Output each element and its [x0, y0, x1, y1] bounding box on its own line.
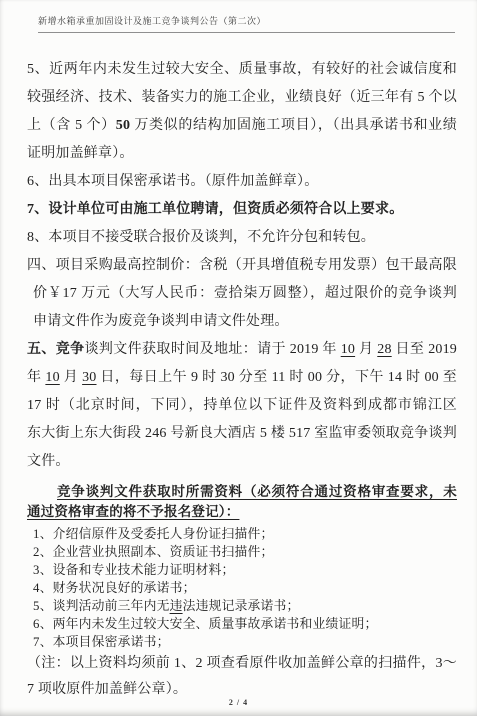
text-segment: 月: [60, 370, 82, 385]
doc-item-1: 1、介绍信原件及受委托人身份证扫描件；: [27, 525, 457, 543]
text-segment: 法违规记录承诺书；: [183, 599, 300, 613]
text-segment: 申请文件作为废竞争谈判申请文件处理。: [33, 314, 289, 329]
doc-item-2: 2、企业营业执照副本、资质证书扫描件；: [27, 543, 457, 561]
text-segment: 7 项收原件加盖鲜公章）。: [27, 682, 187, 697]
doc-item-4: 4、财务状况良好的承诺书；: [27, 579, 457, 597]
text-segment: 6、两年内未发生过较大安全、质量事故承诺书和业绩证明；: [33, 617, 378, 631]
text-segment: 上（含 5 个）: [27, 118, 116, 133]
section-5-line-4: 东大街上东大街段 246 号新良大酒店 5 楼 517 室监审委领取竞争谈判: [27, 420, 457, 448]
req-item-5-line-3: 上（含 5 个）50 万类似的结构加固施工项目），（出具承诺书和业绩: [27, 112, 457, 140]
text-segment: 价￥17 万元（大写人民币：壹拾柒万圆整），超过限价的竞争谈判: [33, 286, 457, 301]
text-segment: 四、项目采购最高控制价：含税（开具增值税专用发票）包干最高限: [27, 258, 457, 273]
req-item-5-line-4: 证明加盖鲜章）。: [27, 140, 457, 168]
text-segment: 2、企业营业执照副本、资质证书扫描件；: [33, 545, 274, 559]
document-body: 5、近两年内未发生过较大安全、质量事故，有较好的社会诚信度和较强经济、技术、装备…: [27, 56, 457, 703]
req-item-8: 8、本项目不接受联合报价及谈判，不允许分包和转包。: [27, 224, 457, 252]
section-5-line-1: 五、竞争谈判文件获取时间及地址：请于 2019 年 10 月 28 日至 201…: [27, 336, 457, 364]
text-segment: 7、设计单位可由施工单位聘请，但资质必须符合以上要求。: [27, 202, 403, 217]
text-segment: 万类似的结构加固施工项目），（出具承诺书和业绩: [130, 118, 457, 133]
text-segment: 竞争谈判文件获取时所需资料（必须符合通过资格审查要求，未: [57, 484, 457, 499]
text-segment: 4、财务状况良好的承诺书；: [33, 581, 196, 595]
text-segment: 50: [116, 118, 130, 133]
text-segment: 违: [170, 599, 183, 613]
text-segment: 28: [377, 342, 391, 357]
section-5-line-5: 文件。: [27, 448, 457, 476]
section-4-line-3: 申请文件作为废竞争谈判申请文件处理。: [27, 308, 457, 336]
text-segment: 8、本项目不接受联合报价及谈判，不允许分包和转包。: [27, 230, 375, 245]
section-5-line-2: 年 10 月 30 日，每日上午 9 时 30 分至 11 时 00 分，下午 …: [27, 364, 457, 392]
req-item-5-line-1: 5、近两年内未发生过较大安全、质量事故，有较好的社会诚信度和: [27, 56, 457, 84]
document-header-title: 新增水箱承重加固设计及施工竞争谈判公告（第二次）: [38, 14, 455, 33]
text-segment: 3、设备和专业技术能力证明材料；: [33, 563, 235, 577]
text-segment: （注：以上资料均须前 1、2 项查看原件收加盖鲜公章的扫描件，3～: [27, 656, 457, 671]
req-item-5-line-2: 较强经济、技术、装备实力的施工企业，业绩良好（近三年有 5 个以: [27, 84, 457, 112]
section-5-line-3: 17 时（北京时间，下同），持单位以下证件及资料到成都市锦江区: [27, 392, 457, 420]
doc-item-5: 5、谈判活动前三年内无违法违规记录承诺书；: [27, 597, 457, 615]
text-segment: 较强经济、技术、装备实力的施工企业，业绩良好（近三年有 5 个以: [27, 90, 457, 105]
doc-item-6: 6、两年内未发生过较大安全、质量事故承诺书和业绩证明；: [27, 615, 457, 633]
text-segment: 7、本项目保密承诺书；: [33, 635, 170, 649]
text-segment: 5、近两年内未发生过较大安全、质量事故，有较好的社会诚信度和: [27, 62, 457, 77]
text-segment: 证明加盖鲜章）。: [27, 146, 134, 161]
document-page: 新增水箱承重加固设计及施工竞争谈判公告（第二次） 5、近两年内未发生过较大安全、…: [0, 0, 477, 716]
page-number: 2 / 4: [0, 698, 477, 707]
text-segment: 东大街上东大街段 246 号新良大酒店 5 楼 517 室监审委领取竞争谈判: [27, 426, 457, 441]
text-segment: 1、介绍信原件及受委托人身份证扫描件；: [33, 527, 274, 541]
text-segment: 10: [341, 342, 355, 357]
req-item-6: 6、出具本项目保密承诺书。（原件加盖鲜章）。: [27, 168, 457, 196]
text-segment: 通过资格审查的将不予报名登记）：: [27, 504, 239, 519]
text-segment: 日，每日上午 9 时 30 分至 11 时 00 分，下午 14 时 00 至: [97, 370, 458, 385]
text-segment: 5、谈判活动前三年内无: [33, 599, 170, 613]
section-4-line-2: 价￥17 万元（大写人民币：壹拾柒万圆整），超过限价的竞争谈判: [27, 280, 457, 308]
req-item-7: 7、设计单位可由施工单位聘请，但资质必须符合以上要求。: [27, 196, 457, 224]
text-segment: 月: [355, 342, 377, 357]
text-segment: 谈判文件获取时间及地址：请于 2019 年: [85, 342, 341, 357]
text-segment: 文件。: [27, 454, 70, 469]
docs-heading-line-2: 通过资格审查的将不予报名登记）：: [27, 502, 457, 522]
text-segment: 30: [82, 370, 96, 385]
text-segment: 日至 2019: [392, 342, 457, 357]
text-segment: 6、出具本项目保密承诺书。（原件加盖鲜章）。: [27, 174, 318, 189]
text-segment: 10: [45, 370, 59, 385]
section-4-line-1: 四、项目采购最高控制价：含税（开具增值税专用发票）包干最高限: [27, 252, 457, 280]
doc-item-7: 7、本项目保密承诺书；: [27, 633, 457, 651]
text-segment: 17 时（北京时间，下同），持单位以下证件及资料到成都市锦江区: [27, 398, 457, 413]
text-segment: 五、竞争: [27, 342, 85, 357]
text-segment: 年: [27, 370, 45, 385]
docs-heading-line-1: 竞争谈判文件获取时所需资料（必须符合通过资格审查要求，未: [27, 482, 457, 502]
doc-item-3: 3、设备和专业技术能力证明材料；: [27, 561, 457, 579]
note-line-1: （注：以上资料均须前 1、2 项查看原件收加盖鲜公章的扫描件，3～: [27, 651, 457, 677]
